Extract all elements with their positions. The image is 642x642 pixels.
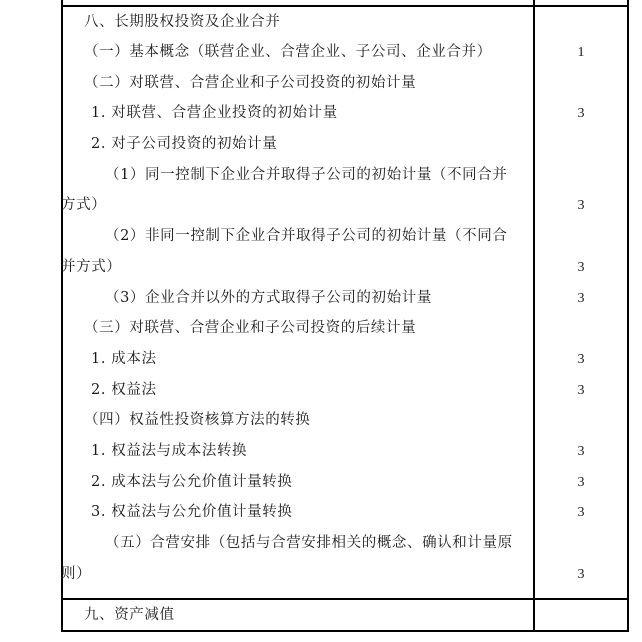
outline-item: 1. 成本法 (61, 344, 564, 375)
outline-item: 并方式） (61, 252, 534, 283)
outline-item: （四）权益性投资核算方法的转换 (61, 405, 557, 436)
hours-value: 1 (534, 37, 628, 68)
hours-value: 3 (534, 98, 628, 129)
hours-value: 3 (534, 559, 628, 590)
outline-item: （2）非同一控制下企业合并取得子公司的初始计量（不同合 (61, 221, 578, 252)
hours-value (534, 528, 628, 559)
outline-item: （五）合营安排（包括与合营安排相关的概念、确认和计量原 (61, 528, 578, 559)
syllabus-table: 八、长期股权投资及企业合并 （一）基本概念（联营企业、合营企业、子公司、企业合并… (61, 0, 628, 632)
hours-value (534, 221, 628, 252)
outline-item: 2. 成本法与公允价值计量转换 (61, 467, 564, 498)
hours-value: 3 (534, 375, 628, 406)
hours-value (534, 313, 628, 344)
hours-value: 3 (534, 344, 628, 375)
outline-item: （1）同一控制下企业合并取得子公司的初始计量（不同合并 (61, 160, 578, 191)
hours-value: 3 (534, 467, 628, 498)
hours-value (534, 68, 628, 99)
hours-value (534, 129, 628, 160)
section-heading: 八、长期股权投资及企业合并 (61, 7, 557, 38)
hours-value: 3 (534, 497, 628, 528)
outline-item: 方式） (61, 190, 534, 221)
hours-value: 3 (534, 190, 628, 221)
outline-item: 1. 对联营、合营企业投资的初始计量 (61, 98, 564, 129)
outline-item: （一）基本概念（联营企业、合营企业、子公司、企业合并） (61, 37, 557, 68)
hours-value: 3 (534, 252, 628, 283)
hours-value: 3 (534, 283, 628, 314)
hours-value (534, 600, 628, 631)
outline-item: 2. 对子公司投资的初始计量 (61, 129, 564, 160)
outline-item: （三）对联营、合营企业和子公司投资的后续计量 (61, 313, 557, 344)
hours-value (534, 405, 628, 436)
hours-value: 3 (534, 436, 628, 467)
outline-item: 3. 权益法与公允价值计量转换 (61, 497, 564, 528)
outline-item: 2. 权益法 (61, 375, 564, 406)
section-heading: 九、资产减值 (61, 600, 557, 631)
outline-item: （3）企业合并以外的方式取得子公司的初始计量 (61, 283, 578, 314)
outline-item: 1. 权益法与成本法转换 (61, 436, 564, 467)
outline-item: （二）对联营、合营企业和子公司投资的初始计量 (61, 68, 557, 99)
hours-value (534, 160, 628, 191)
outline-item: 则） (61, 559, 534, 590)
